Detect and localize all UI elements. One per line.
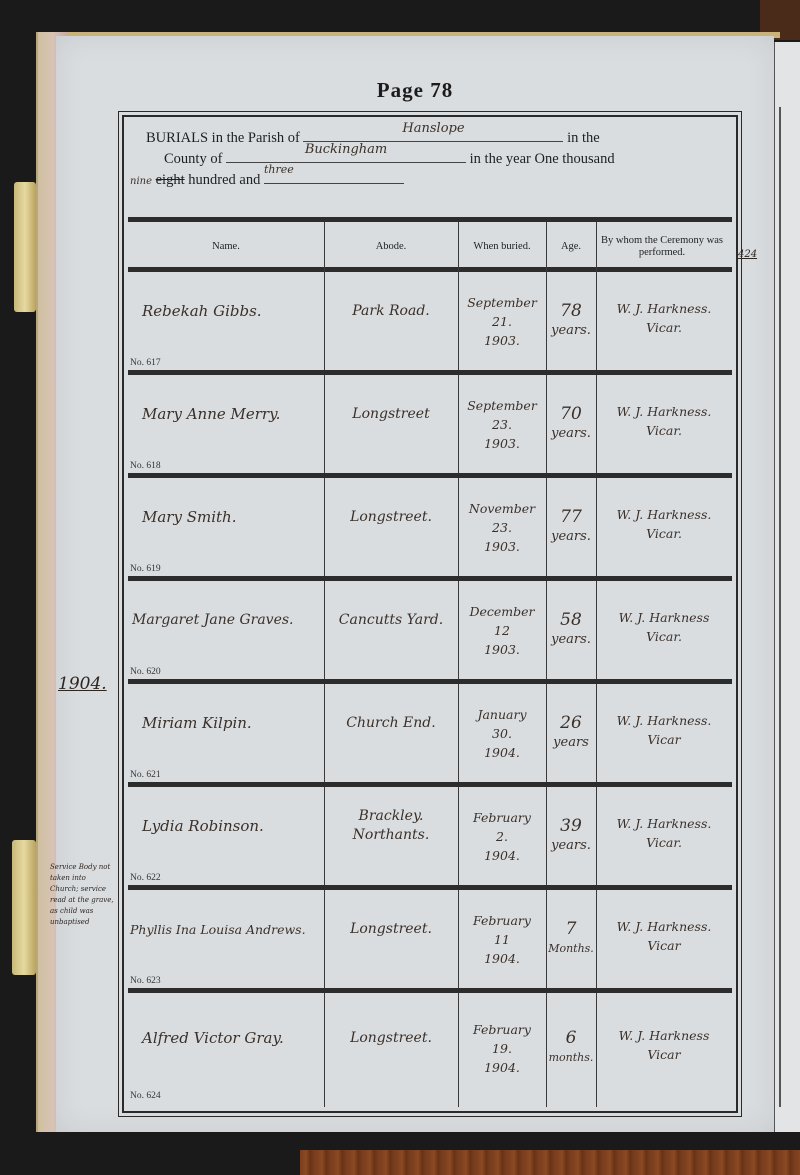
burial-entry-row: Mary Anne Merry. Longstreet September23.… [128, 375, 732, 473]
entry-abode: Longstreet. [324, 478, 458, 576]
county-field: Buckingham [226, 146, 466, 163]
officiant-name: W. J. Harkness. [617, 917, 712, 936]
date-year: 1904. [484, 743, 520, 762]
entry-officiant: W. J. HarknessVicar. [596, 581, 732, 679]
binding-clip-bottom [12, 840, 36, 975]
entry-officiant: W. J. Harkness.Vicar. [596, 375, 732, 473]
officiant-title: Vicar [647, 936, 680, 955]
entry-date: September23.1903. [458, 375, 546, 473]
entry-age: 6months. [546, 993, 596, 1103]
column-header-officiant: By whom the Ceremony was performed. [596, 227, 728, 267]
officiant-name: W. J. Harkness. [617, 814, 712, 833]
age-unit: years. [551, 321, 591, 340]
date-year: 1903. [484, 537, 520, 556]
date-month: January [477, 705, 526, 724]
entry-officiant: W. J. HarknessVicar [596, 993, 732, 1103]
header-county-label: County of [164, 151, 222, 167]
entry-age: 78years. [546, 272, 596, 370]
date-day: 12 [494, 621, 510, 640]
entry-name: Alfred Victor Gray. [128, 993, 324, 1103]
officiant-title: Vicar. [646, 421, 682, 440]
column-header-name: Name. [128, 227, 324, 267]
year-field: three [264, 167, 404, 184]
entry-abode: Longstreet. [324, 890, 458, 988]
age-unit: Months. [548, 939, 594, 958]
column-header-age: Age. [546, 227, 596, 267]
date-month: September [467, 396, 537, 415]
entry-age: 58years. [546, 581, 596, 679]
entry-date: February2.1904. [458, 787, 546, 885]
entry-officiant: W. J. Harkness.Vicar [596, 684, 732, 782]
officiant-name: W. J. Harkness [619, 608, 710, 627]
facing-page-rule [779, 107, 781, 1107]
age-unit: years. [551, 424, 591, 443]
facing-page-edge [774, 42, 800, 1132]
age-number: 78 [560, 302, 582, 321]
date-month: November [469, 499, 535, 518]
date-year: 1904. [484, 949, 520, 968]
county-value: Buckingham [226, 142, 466, 157]
age-number: 58 [560, 611, 582, 630]
header-year-label: hundred and [188, 172, 260, 188]
entry-abode: Cancutts Yard. [324, 581, 458, 679]
entry-number: No. 624 [130, 1091, 161, 1101]
entry-age: 77years. [546, 478, 596, 576]
entry-officiant: W. J. Harkness.Vicar. [596, 272, 732, 370]
date-month: February [473, 1020, 531, 1039]
entry-abode: Longstreet [324, 375, 458, 473]
date-day: 19. [492, 1039, 512, 1058]
entry-number: No. 621 [130, 770, 161, 780]
date-year: 1903. [484, 434, 520, 453]
officiant-title: Vicar. [646, 833, 682, 852]
entry-age: 26years [546, 684, 596, 782]
column-header-abode: Abode. [324, 227, 458, 267]
entry-name: Mary Smith. [128, 478, 324, 576]
age-unit: years. [551, 527, 591, 546]
page-title: Page 78 [56, 78, 774, 103]
margin-year-1904: 1904. [58, 674, 107, 694]
date-year: 1904. [484, 846, 520, 865]
burial-register-table: BURIALS in the Parish of Hanslope in the… [122, 115, 738, 1113]
year-value: three [264, 163, 404, 176]
margin-entry-number: 424 [738, 249, 757, 260]
entry-date: February111904. [458, 890, 546, 988]
date-year: 1903. [484, 331, 520, 350]
burial-entry-row: Lydia Robinson. Brackley. Northants. Feb… [128, 787, 732, 885]
margin-burial-note: Service Body not taken into Church; serv… [50, 862, 114, 928]
century-handwritten: nine [130, 176, 152, 187]
burial-entry-row: Margaret Jane Graves. Cancutts Yard. Dec… [128, 581, 732, 679]
entry-abode: Park Road. [324, 272, 458, 370]
burial-entry-row: Alfred Victor Gray. Longstreet. February… [128, 993, 732, 1103]
entry-number: No. 623 [130, 976, 161, 986]
date-day: 2. [496, 827, 508, 846]
entry-officiant: W. J. Harkness.Vicar. [596, 478, 732, 576]
age-number: 77 [560, 508, 582, 527]
age-unit: months. [549, 1048, 594, 1067]
age-unit: years. [551, 836, 591, 855]
entry-name: Rebekah Gibbs. [128, 272, 324, 370]
entry-age: 39years. [546, 787, 596, 885]
header-county-suffix: in the year One thousand [470, 151, 615, 167]
entry-number: No. 620 [130, 667, 161, 677]
age-number: 7 [566, 920, 577, 939]
officiant-name: W. J. Harkness [619, 1026, 710, 1045]
officiant-name: W. J. Harkness. [617, 505, 712, 524]
date-month: December [469, 602, 534, 621]
date-month: February [473, 911, 531, 930]
entry-name: Miriam Kilpin. [128, 684, 324, 782]
date-month: September [467, 293, 537, 312]
parish-value: Hanslope [303, 121, 563, 136]
date-day: 21. [492, 312, 512, 331]
date-day: 11 [494, 930, 510, 949]
officiant-title: Vicar [647, 730, 680, 749]
entry-abode: Longstreet. [324, 993, 458, 1103]
entry-abode: Church End. [324, 684, 458, 782]
entry-officiant: W. J. Harkness.Vicar [596, 890, 732, 988]
age-unit: years. [551, 630, 591, 649]
officiant-title: Vicar. [646, 318, 682, 337]
officiant-name: W. J. Harkness. [617, 711, 712, 730]
date-year: 1903. [484, 640, 520, 659]
entry-name: Margaret Jane Graves. [128, 581, 324, 679]
officiant-name: W. J. Harkness. [617, 299, 712, 318]
officiant-title: Vicar [647, 1045, 680, 1064]
burial-entry-row: Mary Smith. Longstreet. November23.1903.… [128, 478, 732, 576]
wood-table-surface [300, 1150, 800, 1175]
entry-officiant: W. J. Harkness.Vicar. [596, 787, 732, 885]
century-struck-print: eight [156, 172, 185, 188]
entry-date: November23.1903. [458, 478, 546, 576]
burial-entry-row: Miriam Kilpin. Church End. January30.190… [128, 684, 732, 782]
entry-number: No. 618 [130, 461, 161, 471]
entry-age: 70years. [546, 375, 596, 473]
register-page: Page 78 424 1904. Service Body not taken… [56, 36, 774, 1132]
age-number: 26 [560, 714, 582, 733]
entry-number: No. 617 [130, 358, 161, 368]
officiant-title: Vicar. [646, 524, 682, 543]
header-parish-suffix: in the [567, 130, 600, 146]
header-rule [128, 217, 732, 222]
date-month: February [473, 808, 531, 827]
date-day: 30. [492, 724, 512, 743]
officiant-name: W. J. Harkness. [617, 402, 712, 421]
age-number: 6 [566, 1029, 577, 1048]
date-day: 23. [492, 518, 512, 537]
column-header-when-buried: When buried. [458, 227, 546, 267]
officiant-title: Vicar. [646, 627, 682, 646]
burial-entry-row: Phyllis Ina Louisa Andrews. Longstreet. … [128, 890, 732, 988]
entry-abode: Brackley. Northants. [324, 787, 458, 885]
entry-date: January30.1904. [458, 684, 546, 782]
entry-name: Phyllis Ina Louisa Andrews. [128, 890, 324, 988]
entry-number: No. 619 [130, 564, 161, 574]
date-year: 1904. [484, 1058, 520, 1077]
entry-date: September21.1903. [458, 272, 546, 370]
entry-date: December121903. [458, 581, 546, 679]
age-unit: years [553, 733, 589, 752]
parish-field: Hanslope [303, 125, 563, 142]
age-number: 39 [560, 817, 582, 836]
header-line-year: nine eight hundred and three [130, 167, 404, 189]
entry-name: Lydia Robinson. [128, 787, 324, 885]
entry-name: Mary Anne Merry. [128, 375, 324, 473]
binding-clip-top [14, 182, 36, 312]
entry-age: 7Months. [546, 890, 596, 988]
entry-number: No. 622 [130, 873, 161, 883]
age-number: 70 [560, 405, 582, 424]
entry-date: February19.1904. [458, 993, 546, 1103]
burial-entry-row: Rebekah Gibbs. Park Road. September21.19… [128, 272, 732, 370]
date-day: 23. [492, 415, 512, 434]
